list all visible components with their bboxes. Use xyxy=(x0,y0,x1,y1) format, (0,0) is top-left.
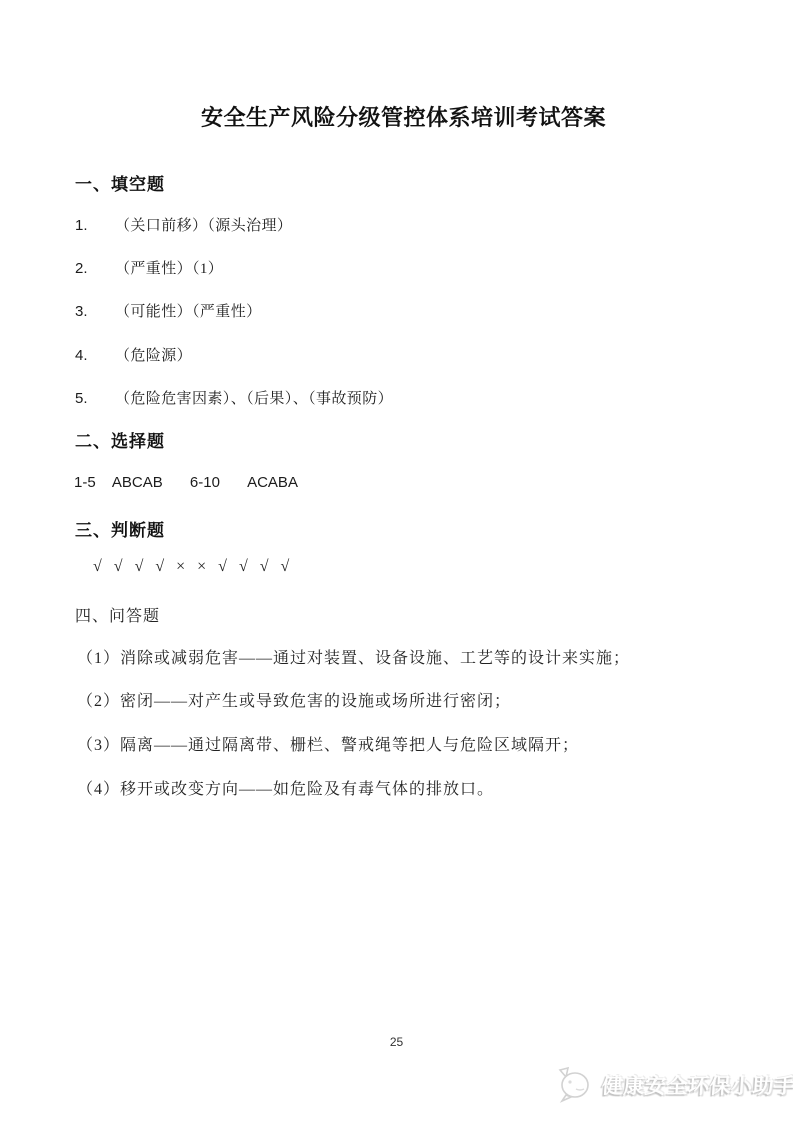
item-answer-text: （危险危害因素）、（后果）、（事故预防） xyxy=(115,391,393,407)
section-heading-fill-blank: 一、填空题 xyxy=(75,170,165,195)
fill-item-5: 5.（危险危害因素）、（后果）、（事故预防） xyxy=(75,387,393,408)
item-number: 3. xyxy=(75,303,115,320)
item-number: 1. xyxy=(75,217,115,234)
choice-answers-2: ACABA xyxy=(247,474,298,491)
watermark-text: 健康安全环保小助手 xyxy=(601,1070,793,1100)
choice-answers-line: 1-5 ABCAB 6-10 ACABA xyxy=(74,474,298,491)
qa-item-1: （1）消除或减弱危害——通过对装置、设备设施、工艺等的设计来实施； xyxy=(77,645,630,668)
document-title: 安全生产风险分级管控体系培训考试答案 xyxy=(0,101,793,132)
choice-answers-1: ABCAB xyxy=(112,474,163,491)
page-number: 25 xyxy=(0,1035,793,1049)
item-number: 2. xyxy=(75,260,115,277)
qa-item-4: （4）移开或改变方向——如危险及有毒气体的排放口。 xyxy=(77,776,494,799)
qa-item-2: （2）密闭——对产生或导致危害的设施或场所进行密闭； xyxy=(77,688,511,711)
qa-item-3: （3）隔离——通过隔离带、栅栏、警戒绳等把人与危险区域隔开； xyxy=(77,732,579,755)
section-heading-qa: 四、问答题 xyxy=(75,603,160,626)
item-answer-text: （危险源） xyxy=(115,348,192,364)
fill-item-1: 1.（关口前移）（源头治理） xyxy=(75,214,292,235)
watermark: 健康安全环保小助手 xyxy=(554,1066,793,1104)
document-page: 安全生产风险分级管控体系培训考试答案 一、填空题 1.（关口前移）（源头治理） … xyxy=(0,0,793,1122)
item-number: 5. xyxy=(75,390,115,407)
section-heading-choice: 二、选择题 xyxy=(75,427,165,452)
fill-item-2: 2.（严重性）（1） xyxy=(75,257,223,278)
choice-range-1: 1-5 xyxy=(74,474,96,491)
fill-item-3: 3.（可能性）（严重性） xyxy=(75,300,262,321)
choice-range-2: 6-10 xyxy=(190,474,220,491)
item-answer-text: （可能性）（严重性） xyxy=(115,304,262,320)
judgment-marks: √ √ √ √ × × √ √ √ √ xyxy=(93,558,293,576)
mascot-chat-icon xyxy=(554,1066,594,1104)
section-heading-judgment: 三、判断题 xyxy=(75,516,165,541)
item-answer-text: （关口前移）（源头治理） xyxy=(115,218,292,234)
item-number: 4. xyxy=(75,347,115,364)
fill-item-4: 4.（危险源） xyxy=(75,344,192,365)
item-answer-text: （严重性）（1） xyxy=(115,261,223,277)
